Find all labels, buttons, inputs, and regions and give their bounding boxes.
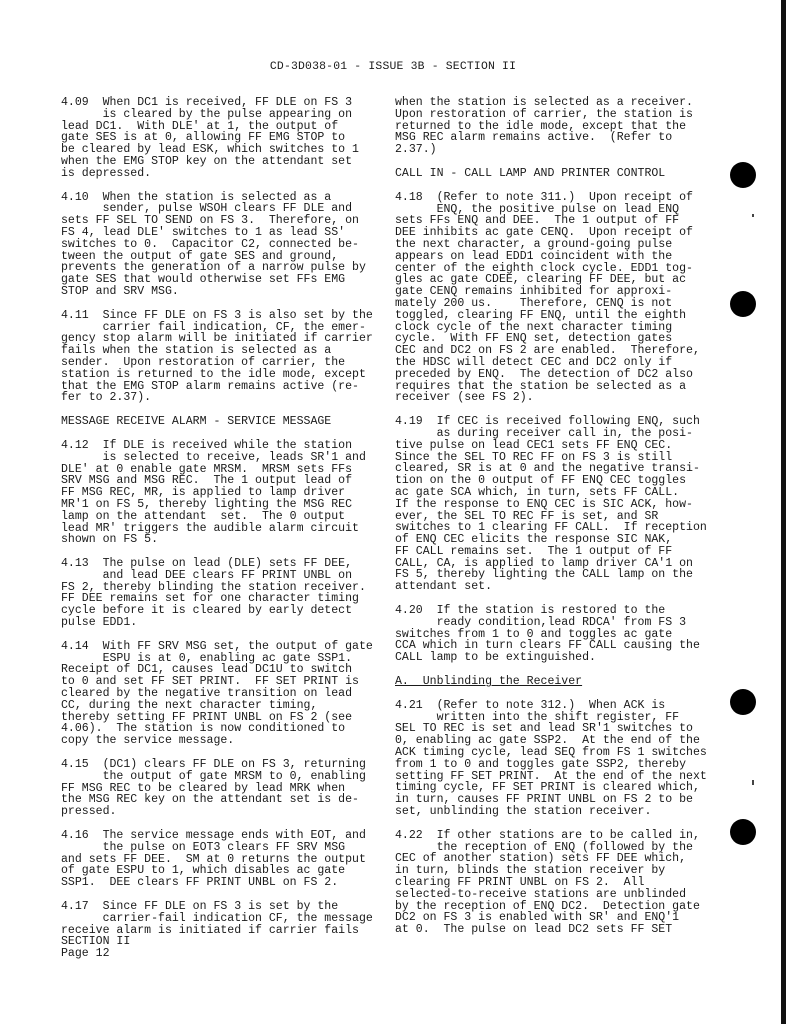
text-line: the output of gate MRSM to 0, enabling	[61, 771, 383, 783]
text-line: tive pulse on lead CEC1 sets FF ENQ CEC.	[395, 440, 717, 452]
text-line: Upon restoration of carrier, the station…	[395, 109, 717, 121]
text-line: the next character, a ground-going pulse	[395, 239, 717, 251]
paragraph: 4.21 (Refer to note 312.) When ACK is wr…	[395, 700, 717, 818]
text-line: sender. Upon restoration of carrier, the	[61, 357, 383, 369]
text-line: at 0. The pulse on lead DC2 sets FF SET	[395, 924, 717, 936]
punch-hole-icon	[730, 819, 756, 845]
punch-hole-icon	[730, 162, 756, 188]
text-line: when the EMG STOP key on the attendant s…	[61, 156, 383, 168]
text-line: CC, during the next character timing,	[61, 700, 383, 712]
text-line: pulse EDD1.	[61, 617, 383, 629]
paragraph: when the station is selected as a receiv…	[395, 97, 717, 156]
paragraph: 4.20 If the station is restored to the r…	[395, 605, 717, 664]
text-line: is cleared by the pulse appearing on	[61, 109, 383, 121]
subsection-heading: A. Unblinding the Receiver	[395, 676, 717, 688]
paragraph: 4.12 If DLE is received while the statio…	[61, 440, 383, 546]
text-line: MSG REC alarm remains active. (Refer to	[395, 132, 717, 144]
text-line: copy the service message.	[61, 735, 383, 747]
paragraph: 4.15 (DC1) clears FF DLE on FS 3, return…	[61, 759, 383, 818]
text-line: CALL lamp to be extinguished.	[395, 652, 717, 664]
paragraph: 4.16 The service message ends with EOT, …	[61, 830, 383, 889]
text-line: pressed.	[61, 806, 383, 818]
text-line: carrier-fail indication CF, the message	[61, 913, 383, 925]
paragraph: 4.22 If other stations are to be called …	[395, 830, 717, 936]
text-line: 2.37.)	[395, 144, 717, 156]
left-column: 4.09 When DC1 is received, FF DLE on FS …	[61, 97, 383, 948]
paragraph: 4.18 (Refer to note 311.) Upon receipt o…	[395, 192, 717, 404]
scan-edge-border	[781, 0, 786, 1024]
text-line: appears on lead EDD1 coincident with the	[395, 251, 717, 263]
section-heading: MESSAGE RECEIVE ALARM - SERVICE MESSAGE	[61, 416, 383, 428]
scan-speck	[752, 780, 754, 785]
text-line: MR'1 on FS 5, thereby lighting the MSG R…	[61, 499, 383, 511]
text-line: ac gate SCA which, in turn, sets FF CALL…	[395, 487, 717, 499]
footer-page-number: Page 12	[61, 948, 130, 960]
text-line: 4.12 If DLE is received while the statio…	[61, 440, 383, 452]
text-line: If the response to ENQ CEC is SIC ACK, h…	[395, 499, 717, 511]
right-column: when the station is selected as a receiv…	[395, 97, 717, 948]
text-line: the pulse on EOT3 clears FF SRV MSG	[61, 842, 383, 854]
text-line: ready condition,lead RDCA' from FS 3	[395, 617, 717, 629]
scan-speck	[752, 214, 754, 217]
text-line: SSP1. DEE clears FF PRINT UNBL on FS 2.	[61, 877, 383, 889]
text-line: receiver (see FS 2).	[395, 392, 717, 404]
paragraph: 4.10 When the station is selected as a s…	[61, 192, 383, 298]
text-line: preceded by ENQ. The detection of DC2 al…	[395, 369, 717, 381]
text-line: switches to 0. Capacitor C2, connected b…	[61, 239, 383, 251]
text-line: selected-to-receive stations are unblind…	[395, 889, 717, 901]
text-line: 4.22 If other stations are to be called …	[395, 830, 717, 842]
text-line: fer to 2.37).	[61, 392, 383, 404]
text-line: 4.18 (Refer to note 311.) Upon receipt o…	[395, 192, 717, 204]
text-line: set, unblinding the station receiver.	[395, 806, 717, 818]
section-heading: CALL IN - CALL LAMP AND PRINTER CONTROL	[395, 168, 717, 180]
text-line: attendant set.	[395, 581, 717, 593]
page-footer: SECTION II Page 12	[61, 936, 130, 960]
paragraph: 4.19 If CEC is received following ENQ, s…	[395, 416, 717, 593]
text-line: lamp on the attendant set. The 0 output	[61, 511, 383, 523]
paragraph: 4.14 With FF SRV MSG set, the output of …	[61, 641, 383, 747]
text-line: as during receiver call in, the posi-	[395, 428, 717, 440]
text-line: the HDSC will detect CEC and DC2 only if	[395, 357, 717, 369]
paragraph: 4.11 Since FF DLE on FS 3 is also set by…	[61, 310, 383, 404]
text-line: mately 200 us. Therefore, CENQ is not	[395, 298, 717, 310]
text-line: station is returned to the idle mode, ex…	[61, 369, 383, 381]
text-line: FS 4, lead DLE' switches to 1 as lead SS…	[61, 227, 383, 239]
paragraph: 4.09 When DC1 is received, FF DLE on FS …	[61, 97, 383, 180]
punch-hole-icon	[730, 689, 756, 715]
text-line: 4.21 (Refer to note 312.) When ACK is	[395, 700, 717, 712]
text-line: toggled, clearing FF ENQ, until the eigh…	[395, 310, 717, 322]
text-line: is depressed.	[61, 168, 383, 180]
text-line: STOP and SRV MSG.	[61, 286, 383, 298]
text-line: from 1 to 0 and toggles gate SSP2, there…	[395, 759, 717, 771]
text-line: is selected to receive, leads SR'1 and	[61, 452, 383, 464]
text-line: 4.14 With FF SRV MSG set, the output of …	[61, 641, 383, 653]
text-line: 4.11 Since FF DLE on FS 3 is also set by…	[61, 310, 383, 322]
paragraph: 4.13 The pulse on lead (DLE) sets FF DEE…	[61, 558, 383, 629]
text-line: shown on FS 5.	[61, 534, 383, 546]
paragraph: 4.17 Since FF DLE on FS 3 is set by the …	[61, 901, 383, 936]
text-line: and lead DEE clears FF PRINT UNBL on	[61, 570, 383, 582]
text-line: FF CALL remains set. The 1 output of FF	[395, 546, 717, 558]
punch-hole-icon	[730, 291, 756, 317]
document-header: CD-3D038-01 - ISSUE 3B - SECTION II	[0, 61, 786, 73]
